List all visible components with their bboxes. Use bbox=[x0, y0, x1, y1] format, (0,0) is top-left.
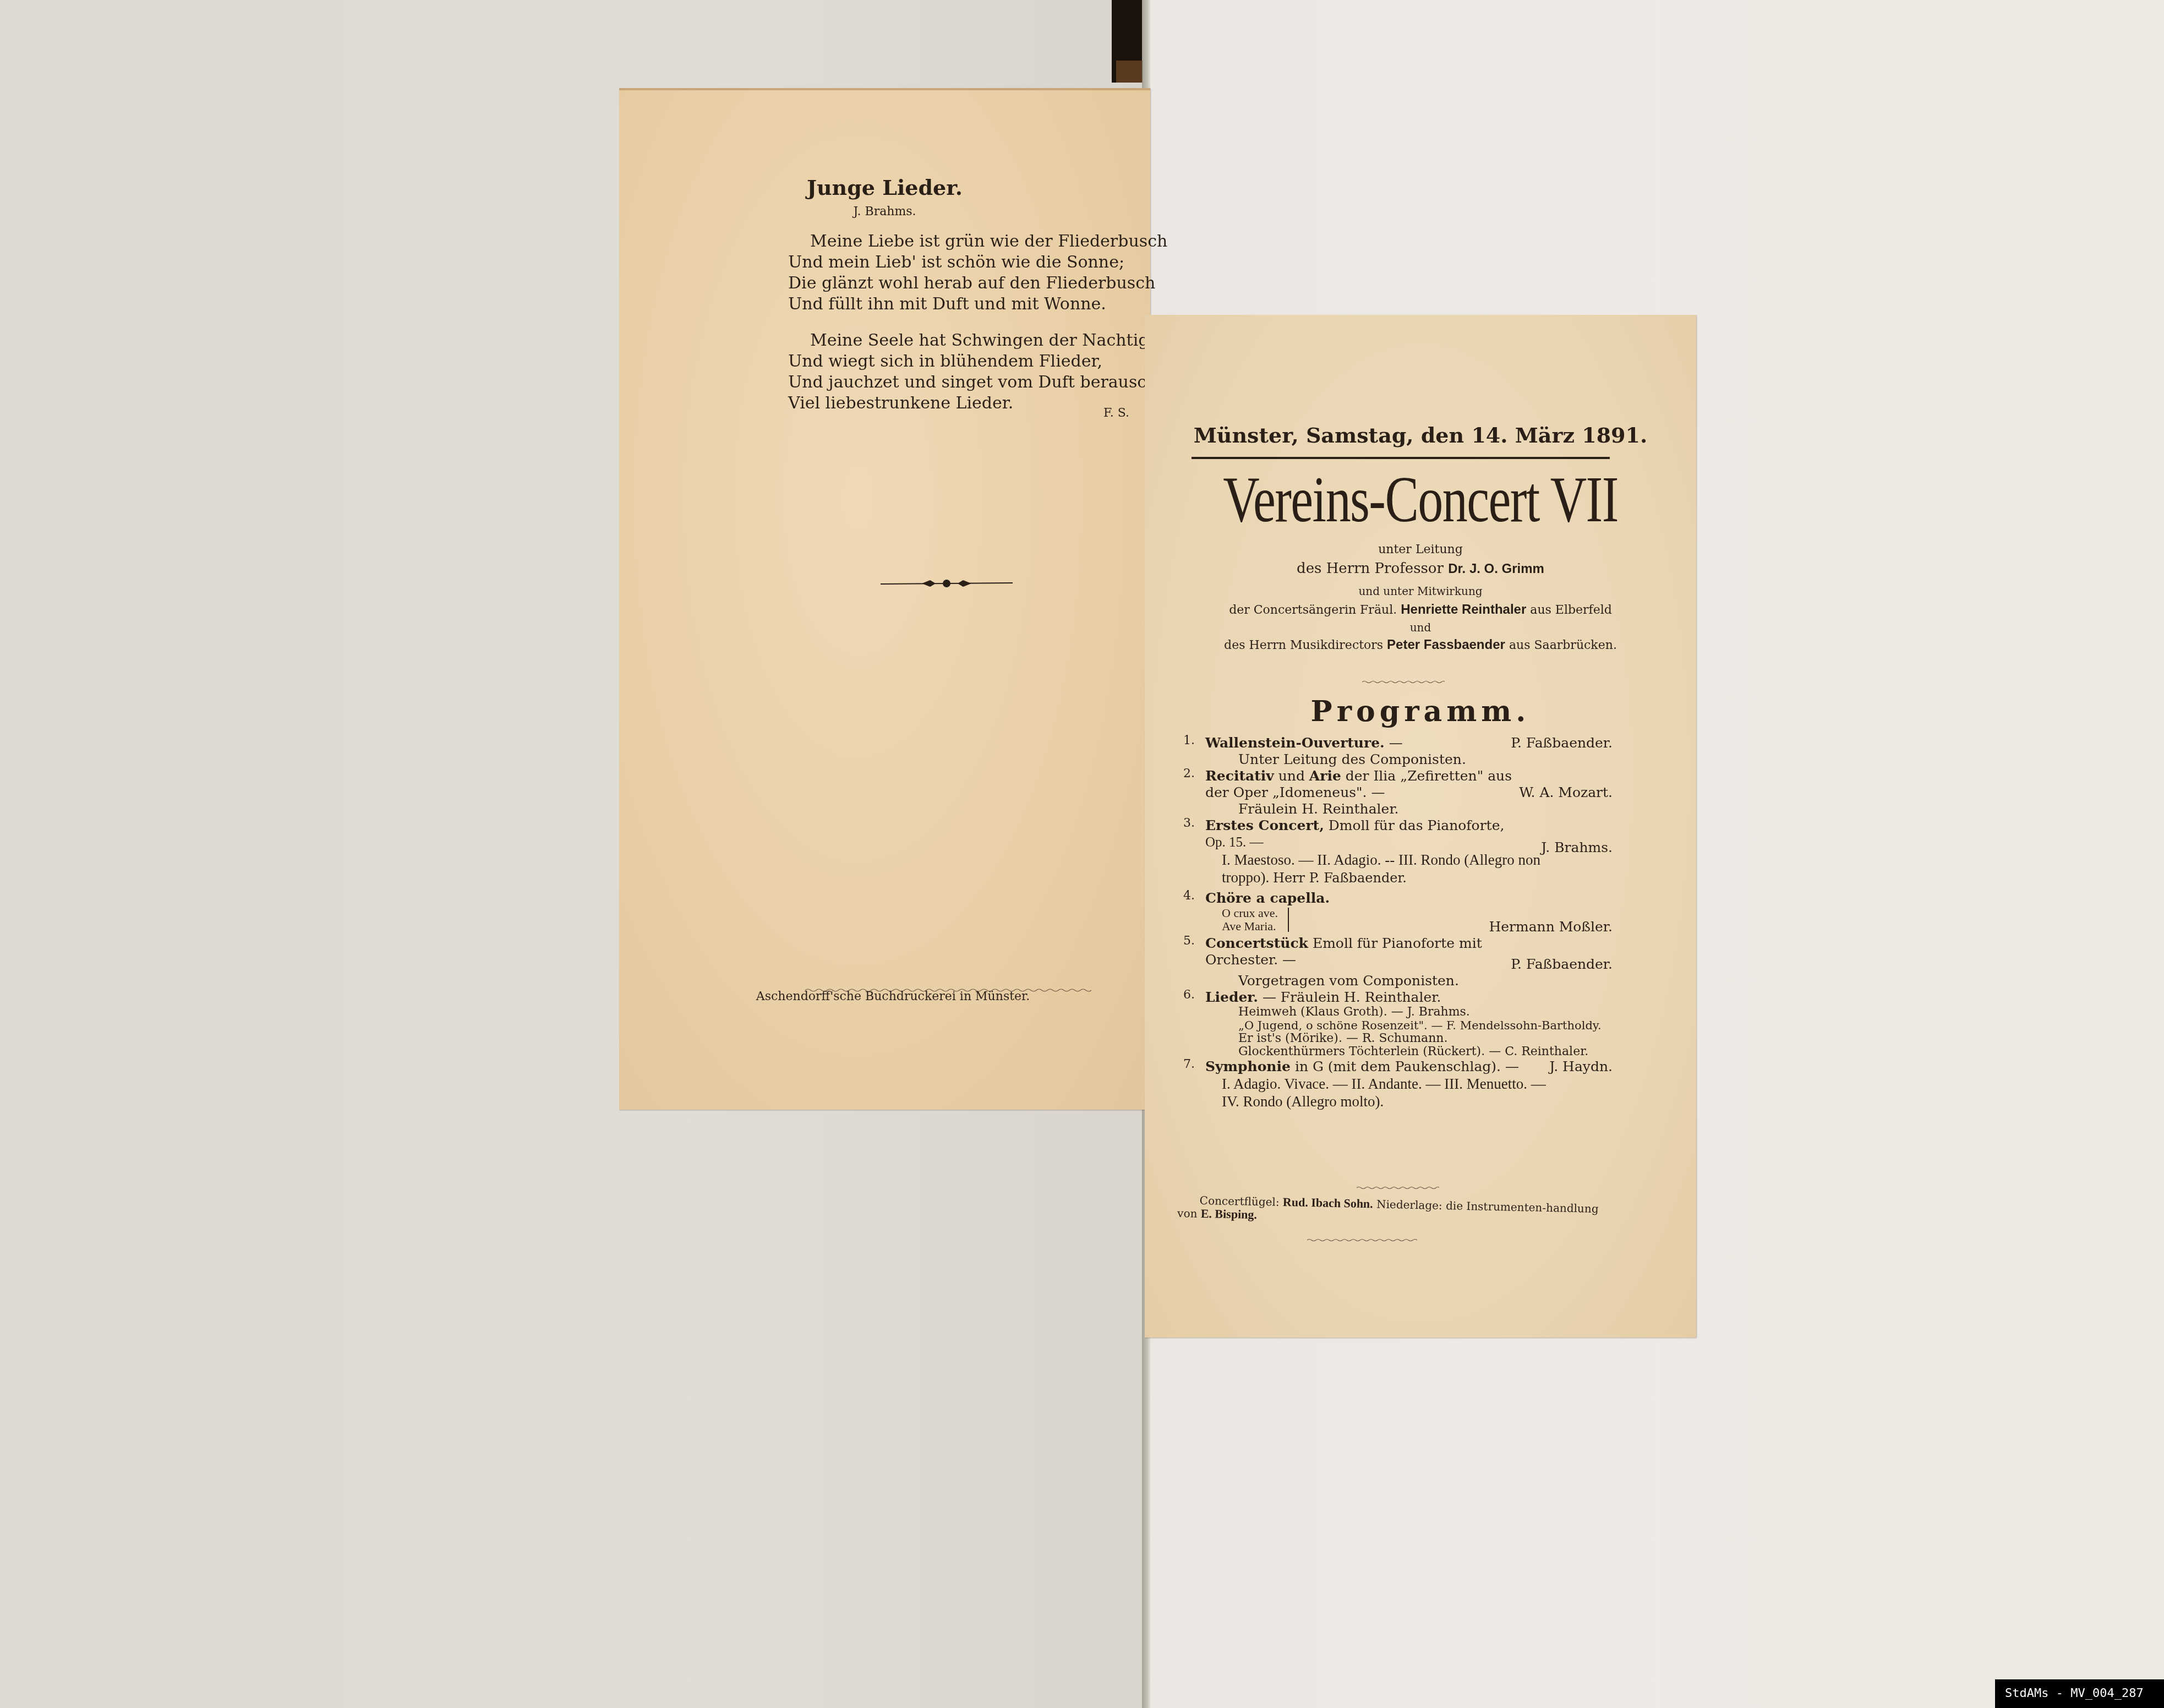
item-movements: I. Adagio. Vivace. — II. Andante. — III.… bbox=[1205, 1075, 1563, 1110]
ornament-divider-icon bbox=[881, 578, 1013, 589]
item-text: in G (mit dem Paukenschlag). — bbox=[1291, 1058, 1519, 1074]
wavy-rule bbox=[1362, 680, 1445, 684]
program-item: 3. Erstes Concert, Dmoll für das Pianofo… bbox=[1183, 817, 1613, 887]
director-name: Peter Fassbaender bbox=[1387, 637, 1505, 652]
credit-prefix: des Herrn Musikdirectors bbox=[1224, 639, 1383, 652]
archive-label: StdAMs - MV_004_287 bbox=[1995, 1679, 2164, 1708]
piece-title: O crux ave. bbox=[1205, 907, 1613, 920]
item-title: Chöre a capella. bbox=[1205, 890, 1330, 906]
program-list: 1. Wallenstein-Ouverture. — P. Faßbaende… bbox=[1183, 735, 1613, 1110]
song-entry: „O Jugend, o schöne Rosenzeit". — F. Men… bbox=[1205, 1019, 1613, 1032]
item-line: Orchester. — P. Faßbaender. bbox=[1205, 952, 1613, 968]
item-title: Erstes Concert, bbox=[1205, 817, 1324, 833]
program-item: 6. Lieder. — Fräulein H. Reinthaler. Hei… bbox=[1183, 989, 1613, 1058]
item-performer: Fräulein H. Reinthaler. bbox=[1205, 801, 1613, 817]
item-composer: W. A. Mozart. bbox=[1519, 784, 1613, 801]
credit-suffix: aus Saarbrücken. bbox=[1509, 639, 1617, 652]
item-title: Concertstück bbox=[1205, 935, 1308, 951]
poem-stanza: Meine Seele hat Schwingen der Nachtigall… bbox=[788, 330, 1170, 414]
dealer-name: E. Bisping. bbox=[1201, 1207, 1258, 1221]
wavy-rule bbox=[1307, 1238, 1417, 1242]
program-item: 2. Recitativ und Arie der Ilia „Zefirett… bbox=[1183, 768, 1613, 817]
credit-suffix: aus Elberfeld bbox=[1530, 603, 1612, 617]
concert-title: Vereins-Concert VII bbox=[1205, 467, 1636, 533]
credit-line: und bbox=[1145, 621, 1696, 634]
item-number: 7. bbox=[1183, 1056, 1195, 1073]
credit-prefix: der Concertsängerin Fräul. bbox=[1229, 603, 1397, 617]
conductor-name: Dr. J. O. Grimm bbox=[1448, 561, 1544, 576]
poem-line: Und füllt ihn mit Duft und mit Wonne. bbox=[788, 294, 1170, 315]
item-number: 5. bbox=[1183, 933, 1195, 950]
item-text: — Fräulein H. Reinthaler. bbox=[1258, 989, 1441, 1005]
program-item: 1. Wallenstein-Ouverture. — P. Faßbaende… bbox=[1183, 735, 1613, 768]
item-number: 6. bbox=[1183, 987, 1195, 1003]
item-text: Dmoll für das Pianoforte, bbox=[1324, 817, 1505, 833]
credit-prefix: des Herrn Professor bbox=[1297, 560, 1444, 577]
brace bbox=[1288, 908, 1289, 932]
item-title: Wallenstein-Ouverture. bbox=[1205, 735, 1385, 751]
date-line: Münster, Samstag, den 14. März 1891. bbox=[1145, 423, 1696, 448]
poem-line: Die glänzt wohl herab auf den Fliederbus… bbox=[788, 273, 1170, 294]
item-text: Orchester. — bbox=[1205, 952, 1296, 968]
item-number: 4. bbox=[1183, 888, 1195, 904]
item-number: 3. bbox=[1183, 815, 1195, 832]
program-item: 4. Chöre a capella. O crux ave. Ave Mari… bbox=[1183, 890, 1613, 935]
item-text: — bbox=[1385, 735, 1403, 751]
program-item: 5. Concertstück Emoll für Pianoforte mit… bbox=[1183, 935, 1613, 989]
item-number: 1. bbox=[1183, 733, 1195, 749]
item-composer: Hermann Moßler. bbox=[1489, 919, 1613, 935]
program-item: 7. Symphonie in G (mit dem Paukenschlag)… bbox=[1183, 1058, 1613, 1110]
item-text: Op. 15. — bbox=[1205, 835, 1264, 850]
item-note: Unter Leitung des Componisten. bbox=[1205, 751, 1613, 768]
item-text: und bbox=[1274, 768, 1309, 784]
item-composer: J. Haydn. bbox=[1549, 1058, 1613, 1075]
poem-stanza: Meine Liebe ist grün wie der Fliederbusc… bbox=[788, 231, 1170, 315]
credit-line: unter Leitung bbox=[1145, 543, 1696, 556]
item-composer: J. Brahms. bbox=[1541, 839, 1613, 856]
printer-imprint: Aschendorff'sche Buchdruckerei in Münste… bbox=[619, 990, 1150, 1003]
item-performer: Herr P. Faßbaender. bbox=[1273, 870, 1407, 886]
item-number: 2. bbox=[1183, 766, 1195, 782]
item-note: Vorgetragen vom Componisten. bbox=[1205, 973, 1613, 989]
credit-conductor: des Herrn Professor Dr. J. O. Grimm bbox=[1145, 560, 1696, 577]
item-composer: P. Faßbaender. bbox=[1511, 956, 1613, 973]
item-title: Lieder. bbox=[1205, 989, 1258, 1005]
item-line: Op. 15. — J. Brahms. bbox=[1205, 834, 1613, 851]
item-title: Recitativ bbox=[1205, 768, 1274, 784]
programm-heading: Programm. bbox=[1145, 695, 1696, 728]
spine-band bbox=[1116, 61, 1143, 83]
poem-line: Und mein Lieb' ist schön wie die Sonne; bbox=[788, 252, 1170, 273]
credit-soloist: der Concertsängerin Fräul. Henriette Rei… bbox=[1145, 602, 1696, 618]
item-text: der Oper „Idomeneus". — bbox=[1205, 784, 1385, 800]
header-rule bbox=[1192, 457, 1610, 459]
item-title: Symphonie bbox=[1205, 1058, 1291, 1074]
soloist-name: Henriette Reinthaler bbox=[1401, 602, 1526, 617]
poem-line: Meine Seele hat Schwingen der Nachtigall bbox=[788, 330, 1170, 351]
credit-director: des Herrn Musikdirectors Peter Fassbaend… bbox=[1145, 637, 1696, 653]
item-line: der Oper „Idomeneus". — W. A. Mozart. bbox=[1205, 784, 1613, 801]
item-title-2: Arie bbox=[1309, 768, 1341, 784]
song-title: Junge Lieder. bbox=[619, 175, 1150, 200]
item-composer: P. Faßbaender. bbox=[1511, 735, 1613, 751]
piano-maker: Rud. Ibach Sohn. bbox=[1283, 1195, 1373, 1210]
poem-line: Und wiegt sich in blühendem Flieder, bbox=[788, 351, 1170, 372]
song-entry: Er ist's (Mörike). — R. Schumann. bbox=[1205, 1032, 1613, 1045]
wavy-rule bbox=[1357, 1186, 1439, 1189]
item-movements: I. Maestoso. — II. Adagio. -- III. Rondo… bbox=[1205, 851, 1563, 887]
credit-line: und unter Mitwirkung bbox=[1145, 585, 1696, 598]
item-text: der Ilia „Zefiretten" aus bbox=[1341, 768, 1512, 784]
poem-line: Und jauchzet und singet vom Duft berausc… bbox=[788, 372, 1170, 393]
poem-signature: F. S. bbox=[1103, 406, 1129, 420]
song-entry: Glockenthürmers Töchterlein (Rückert). —… bbox=[1205, 1045, 1613, 1058]
item-text: Emoll für Pianoforte mit bbox=[1308, 935, 1482, 951]
poem-line: Meine Liebe ist grün wie der Fliederbusc… bbox=[788, 231, 1170, 252]
poem: Meine Liebe ist grün wie der Fliederbusc… bbox=[788, 231, 1170, 429]
item-pieces: O crux ave. Ave Maria. Hermann Moßler. bbox=[1205, 907, 1613, 935]
song-composer: J. Brahms. bbox=[619, 205, 1150, 219]
song-entry: Heimweh (Klaus Groth). — J. Brahms. bbox=[1205, 1006, 1613, 1019]
